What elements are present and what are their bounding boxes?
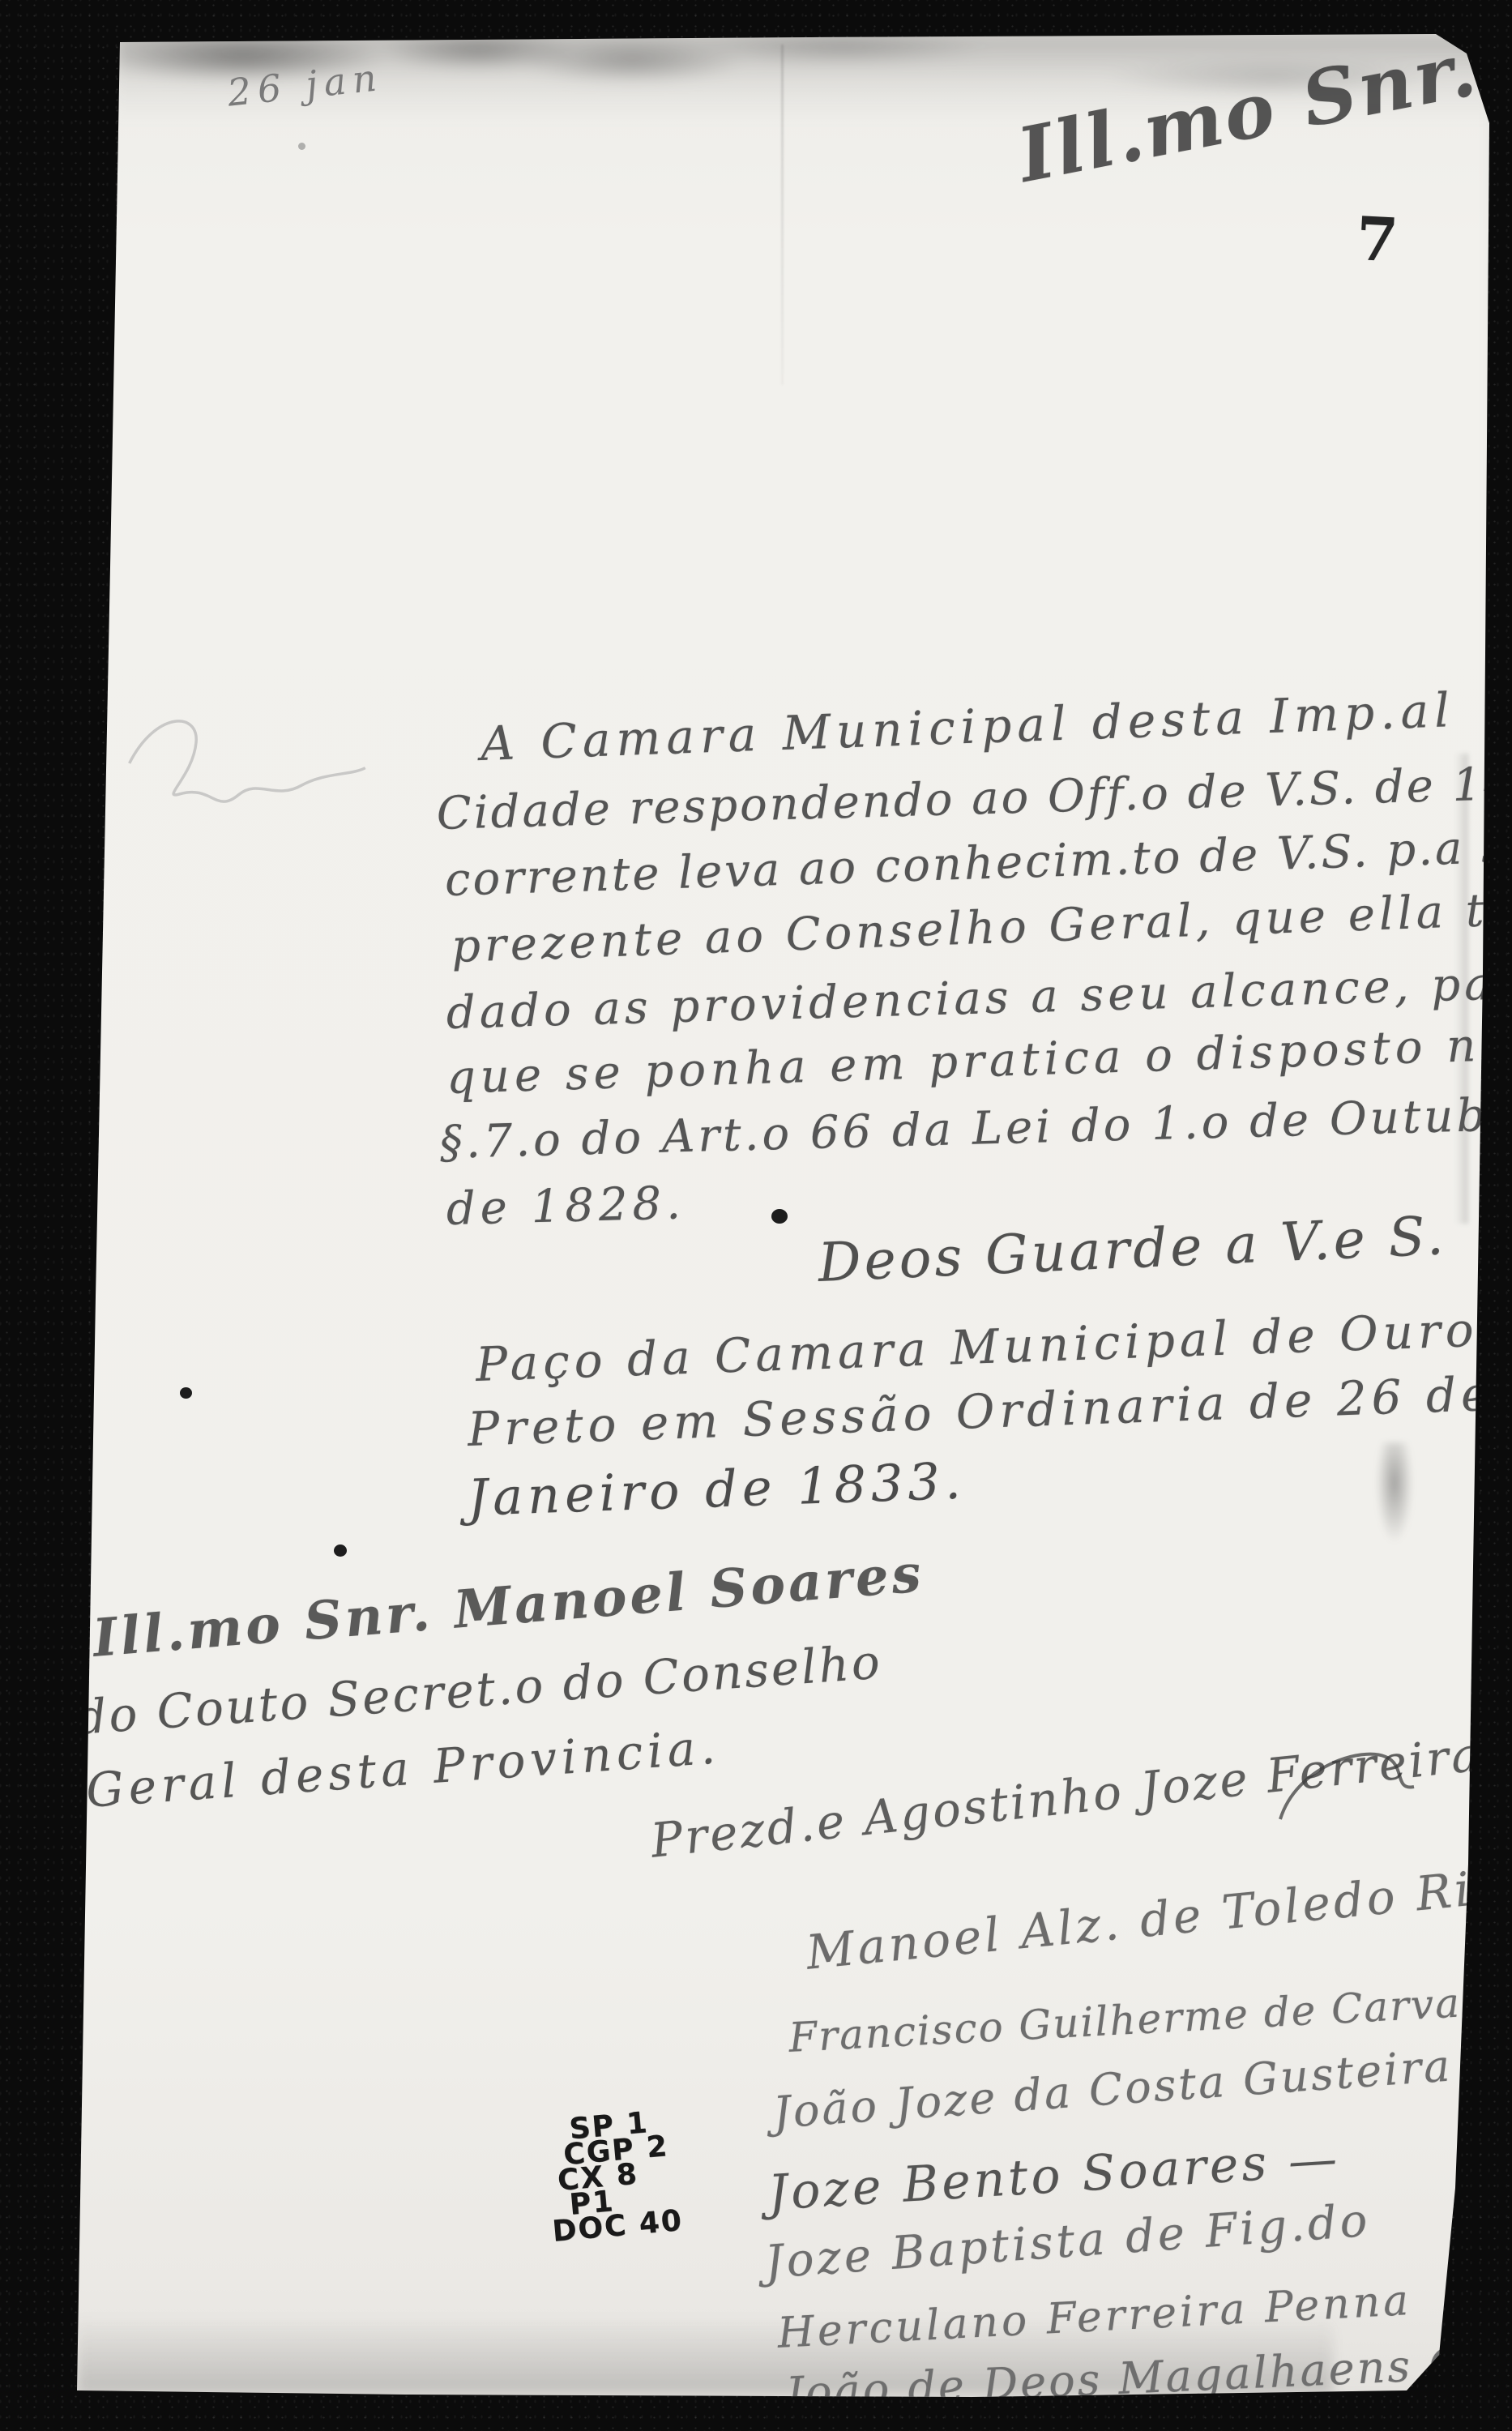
ink-speck — [180, 1387, 192, 1399]
signature: Manoel Alz. de Toledo Ribas — [804, 1852, 1512, 1980]
pencil-scribble — [111, 690, 378, 837]
dateline: Janeiro de 1833. — [467, 1451, 967, 1527]
archival-stamp-line: DOC 40 — [551, 2208, 684, 2245]
paper-fold-crease — [781, 45, 784, 385]
page-number: 7 — [1354, 204, 1399, 276]
body-line: §.7.o do Art.o 66 da Lei do 1.o de Outub… — [439, 1087, 1512, 1169]
closing-line: Deos Guarde a V.e S. — [817, 1204, 1448, 1294]
archival-stamp: SP 1 CGP 2 CX 8 P1 DOC 40 — [543, 2108, 684, 2244]
document-page: 26 jan Ill.mo Snr. 7 A Camara Municipal … — [0, 0, 1512, 2431]
ink-smudge-right — [1376, 1442, 1413, 1544]
ink-speck — [334, 1544, 347, 1557]
body-line: A Camara Municipal desta Imp.al — [480, 682, 1456, 771]
ink-speck — [298, 143, 305, 150]
body-line: de 1828. — [446, 1177, 686, 1236]
ink-blot — [771, 1209, 788, 1224]
